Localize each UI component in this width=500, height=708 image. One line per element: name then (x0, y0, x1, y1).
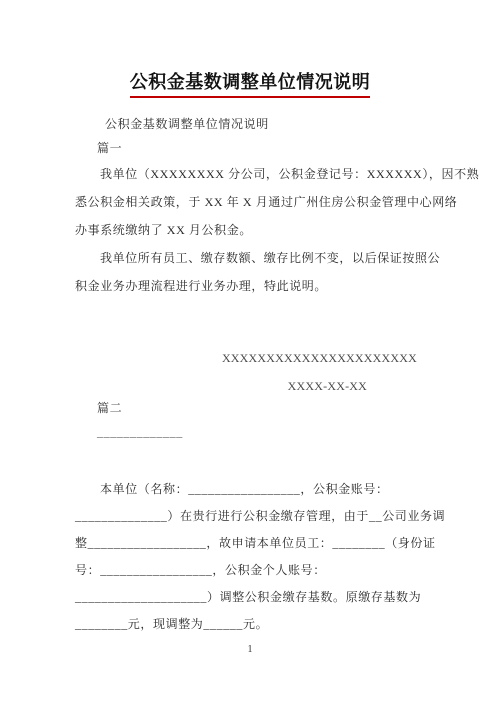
form-line5: ____________________）调整公积金缴存基数。原缴存基数为 (75, 589, 421, 605)
form-line1: 本单位（名称：_________________，公积金账号： (100, 481, 389, 497)
document-page: 公积金基数调整单位情况说明 公积金基数调整单位情况说明 篇一 我单位（XXXXX… (0, 0, 500, 708)
page-number: 1 (0, 644, 500, 655)
form-line2: ______________）在贵行进行公积金缴存管理，由于__公司业务调 (75, 508, 445, 524)
form-line3: 整__________________，故申请本单位员工：________（身份… (75, 535, 436, 551)
document-title-text: 公积金基数调整单位情况说明 (130, 68, 371, 98)
paragraph2-line1: 我单位所有员工、缴存数额、缴存比例不变，以后保证按照公 (100, 250, 440, 266)
form-line4: 号：_________________，公积金个人账号： (75, 562, 326, 578)
signature-date-placeholder: XXXX-XX-XX (288, 378, 367, 394)
paragraph1-line1: 我单位（XXXXXXXX 分公司，公积金登记号：XXXXXX），因不熟 (100, 166, 479, 182)
paragraph1-line2: 悉公积金相关政策，于 XX 年 X 月通过广州住房公积金管理中心网络 (75, 194, 457, 210)
section2-heading: 篇二 (97, 400, 122, 416)
document-title: 公积金基数调整单位情况说明 (0, 68, 500, 98)
form-line6: ________元，现调整为______元。 (75, 616, 268, 632)
section2-blank-line: _____________ (97, 424, 183, 440)
document-subtitle: 公积金基数调整单位情况说明 (105, 116, 269, 132)
paragraph1-line3: 办事系统缴纳了 XX 月公积金。 (75, 222, 252, 238)
paragraph2-line2: 积金业务办理流程进行业务办理，特此说明。 (75, 278, 327, 294)
signature-placeholder: XXXXXXXXXXXXXXXXXXXXXX (222, 350, 417, 366)
section1-heading: 篇一 (97, 140, 122, 156)
